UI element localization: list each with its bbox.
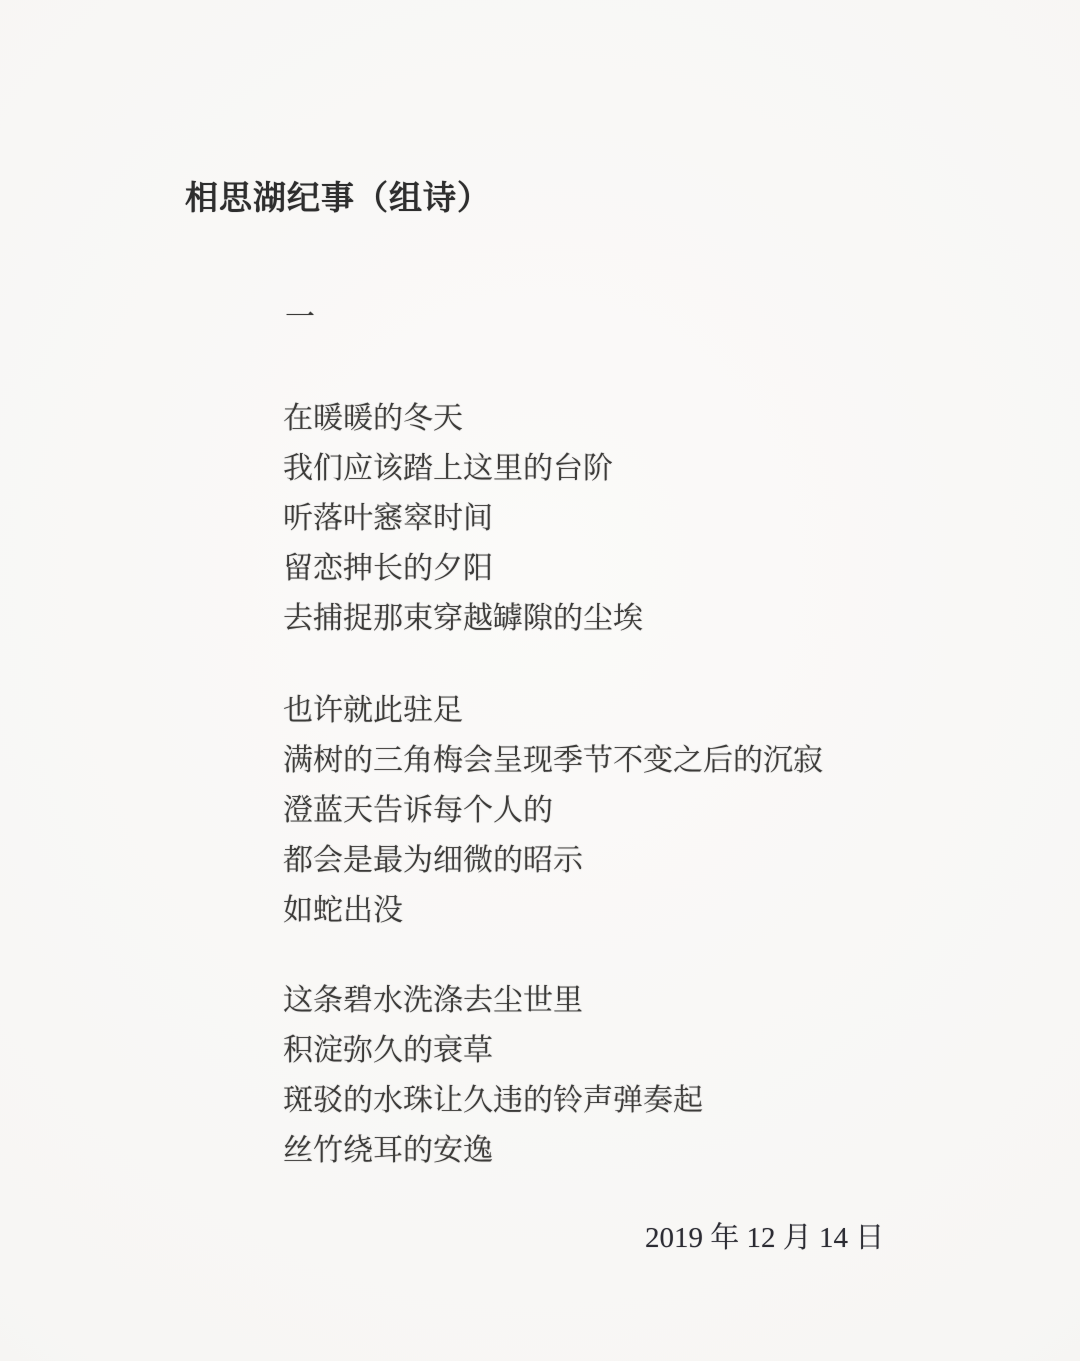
poem-line: 这条碧水洗涤去尘世里: [283, 972, 703, 1022]
poem-line: 在暖暖的冬天: [283, 390, 643, 440]
poem-line: 如蛇出没: [283, 882, 823, 932]
poem-stanza-2: 也许就此驻足 满树的三角梅会呈现季节不变之后的沉寂 澄蓝天告诉每个人的 都会是最…: [283, 682, 823, 932]
poem-line: 去捕捉那束穿越罅隙的尘埃: [283, 590, 643, 640]
scanned-poem-page: 相思湖纪事（组诗） 一 在暖暖的冬天 我们应该踏上这里的台阶 听落叶窸窣时间 留…: [0, 0, 1080, 1361]
poem-section-marker: 一: [285, 292, 315, 336]
poem-line: 满树的三角梅会呈现季节不变之后的沉寂: [283, 732, 823, 782]
poem-stanza-1: 在暖暖的冬天 我们应该踏上这里的台阶 听落叶窸窣时间 留恋抻长的夕阳 去捕捉那束…: [283, 390, 643, 640]
poem-title: 相思湖纪事（组诗）: [185, 172, 491, 219]
poem-date: 2019 年 12 月 14 日: [645, 1215, 884, 1256]
poem-line: 丝竹绕耳的安逸: [283, 1122, 703, 1172]
poem-line: 都会是最为细微的昭示: [283, 832, 823, 882]
poem-line: 积淀弥久的衰草: [283, 1022, 703, 1072]
poem-line: 澄蓝天告诉每个人的: [283, 782, 823, 832]
poem-stanza-3: 这条碧水洗涤去尘世里 积淀弥久的衰草 斑驳的水珠让久违的铃声弹奏起 丝竹绕耳的安…: [283, 972, 703, 1172]
poem-line: 斑驳的水珠让久违的铃声弹奏起: [283, 1072, 703, 1122]
poem-line: 留恋抻长的夕阳: [283, 540, 643, 590]
poem-line: 也许就此驻足: [283, 682, 823, 732]
poem-line: 听落叶窸窣时间: [283, 490, 643, 540]
poem-line: 我们应该踏上这里的台阶: [283, 440, 643, 490]
